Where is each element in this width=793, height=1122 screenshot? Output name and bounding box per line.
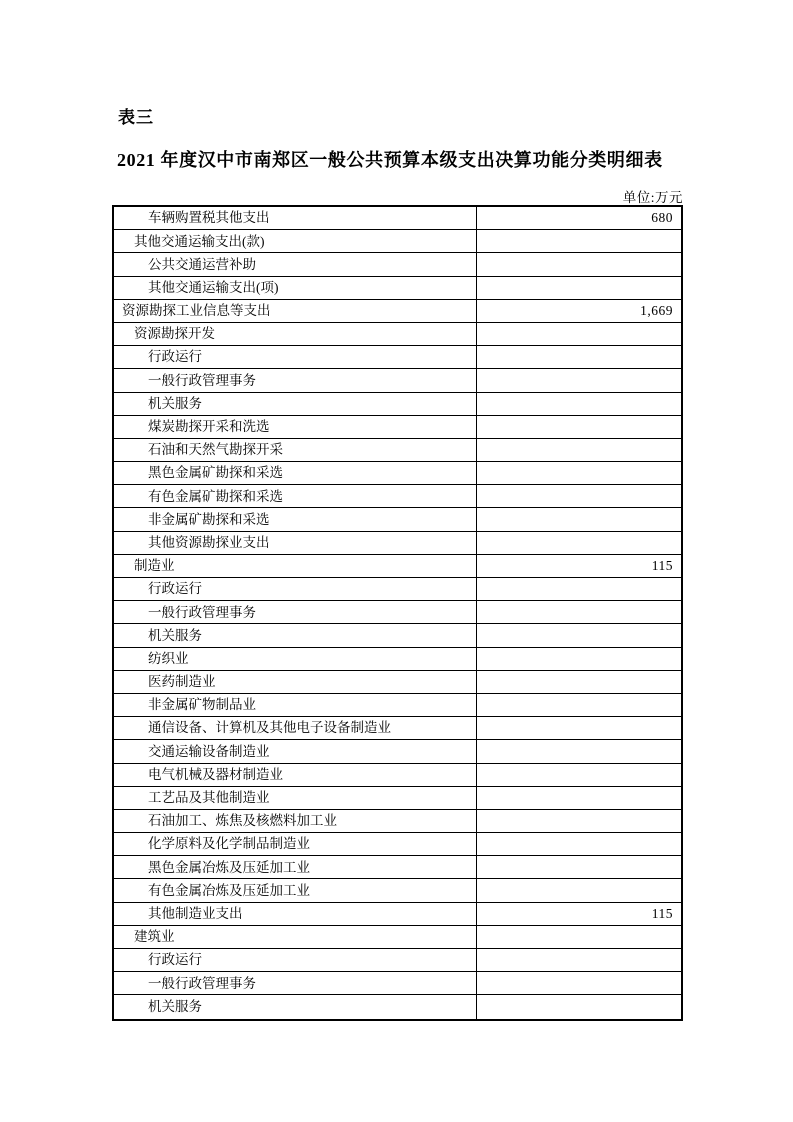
row-label: 公共交通运营补助 xyxy=(114,253,477,275)
row-label: 医药制造业 xyxy=(114,671,477,693)
table-row: 制造业115 xyxy=(114,555,681,578)
table-row: 工艺品及其他制造业 xyxy=(114,787,681,810)
table-row: 其他制造业支出115 xyxy=(114,903,681,926)
row-label: 电气机械及器材制造业 xyxy=(114,764,477,786)
row-label: 煤炭勘探开采和洗选 xyxy=(114,416,477,438)
row-label: 黑色金属矿勘探和采选 xyxy=(114,462,477,484)
table-row: 其他资源勘探业支出 xyxy=(114,532,681,555)
row-label: 机关服务 xyxy=(114,624,477,646)
table-row: 化学原料及化学制品制造业 xyxy=(114,833,681,856)
row-value: 115 xyxy=(477,903,681,925)
row-value xyxy=(477,601,681,623)
table-row: 公共交通运营补助 xyxy=(114,253,681,276)
table-row: 非金属矿物制品业 xyxy=(114,694,681,717)
table-row: 非金属矿勘探和采选 xyxy=(114,508,681,531)
row-value xyxy=(477,972,681,994)
row-label: 行政运行 xyxy=(114,346,477,368)
row-label: 通信设备、计算机及其他电子设备制造业 xyxy=(114,717,477,739)
unit-note: 单位:万元 xyxy=(623,186,683,206)
row-label: 机关服务 xyxy=(114,393,477,415)
page-title: 2021 年度汉中市南郑区一般公共预算本级支出决算功能分类明细表 xyxy=(117,146,687,172)
row-value xyxy=(477,856,681,878)
row-label: 资源勘探开发 xyxy=(114,323,477,345)
table-row: 有色金属矿勘探和采选 xyxy=(114,485,681,508)
row-value xyxy=(477,277,681,299)
row-value xyxy=(477,949,681,971)
row-value xyxy=(477,624,681,646)
row-label: 一般行政管理事务 xyxy=(114,369,477,391)
table-row: 通信设备、计算机及其他电子设备制造业 xyxy=(114,717,681,740)
table-row: 一般行政管理事务 xyxy=(114,972,681,995)
table-number-label: 表三 xyxy=(118,103,154,128)
row-value xyxy=(477,764,681,786)
row-label: 车辆购置税其他支出 xyxy=(114,207,477,229)
row-label: 非金属矿物制品业 xyxy=(114,694,477,716)
table-row: 车辆购置税其他支出680 xyxy=(114,207,681,230)
row-label: 石油加工、炼焦及核燃料加工业 xyxy=(114,810,477,832)
table-row: 电气机械及器材制造业 xyxy=(114,764,681,787)
row-value xyxy=(477,346,681,368)
table-row: 机关服务 xyxy=(114,624,681,647)
table-row: 煤炭勘探开采和洗选 xyxy=(114,416,681,439)
row-label: 一般行政管理事务 xyxy=(114,601,477,623)
row-value xyxy=(477,740,681,762)
row-value xyxy=(477,439,681,461)
row-label: 行政运行 xyxy=(114,949,477,971)
row-label: 纺织业 xyxy=(114,648,477,670)
table-row: 资源勘探开发 xyxy=(114,323,681,346)
table-row: 其他交通运输支出(款) xyxy=(114,230,681,253)
row-value xyxy=(477,648,681,670)
table-row: 机关服务 xyxy=(114,393,681,416)
row-label: 有色金属冶炼及压延加工业 xyxy=(114,879,477,901)
row-value xyxy=(477,995,681,1018)
row-label: 有色金属矿勘探和采选 xyxy=(114,485,477,507)
row-label: 其他制造业支出 xyxy=(114,903,477,925)
budget-detail-table: 车辆购置税其他支出680其他交通运输支出(款)公共交通运营补助其他交通运输支出(… xyxy=(112,205,683,1021)
row-value xyxy=(477,485,681,507)
row-value xyxy=(477,833,681,855)
table-row: 其他交通运输支出(项) xyxy=(114,277,681,300)
row-label: 其他资源勘探业支出 xyxy=(114,532,477,554)
document-page: 表三 2021 年度汉中市南郑区一般公共预算本级支出决算功能分类明细表 单位:万… xyxy=(0,0,793,1122)
table-row: 纺织业 xyxy=(114,648,681,671)
row-label: 工艺品及其他制造业 xyxy=(114,787,477,809)
table-row: 建筑业 xyxy=(114,926,681,949)
table-row: 机关服务 xyxy=(114,995,681,1018)
row-label: 机关服务 xyxy=(114,995,477,1018)
row-label: 建筑业 xyxy=(114,926,477,948)
row-label: 行政运行 xyxy=(114,578,477,600)
table-row: 石油加工、炼焦及核燃料加工业 xyxy=(114,810,681,833)
table-row: 资源勘探工业信息等支出1,669 xyxy=(114,300,681,323)
row-value xyxy=(477,810,681,832)
table-row: 行政运行 xyxy=(114,346,681,369)
table-row: 医药制造业 xyxy=(114,671,681,694)
row-label: 石油和天然气勘探开采 xyxy=(114,439,477,461)
table-row: 黑色金属冶炼及压延加工业 xyxy=(114,856,681,879)
row-value xyxy=(477,879,681,901)
row-value xyxy=(477,393,681,415)
row-value xyxy=(477,253,681,275)
row-value xyxy=(477,230,681,252)
row-value xyxy=(477,717,681,739)
row-label: 一般行政管理事务 xyxy=(114,972,477,994)
row-value xyxy=(477,787,681,809)
row-value xyxy=(477,578,681,600)
row-value xyxy=(477,671,681,693)
row-label: 非金属矿勘探和采选 xyxy=(114,508,477,530)
row-value xyxy=(477,508,681,530)
row-value: 680 xyxy=(477,207,681,229)
table-row: 黑色金属矿勘探和采选 xyxy=(114,462,681,485)
row-label: 黑色金属冶炼及压延加工业 xyxy=(114,856,477,878)
table-row: 一般行政管理事务 xyxy=(114,601,681,624)
row-label: 其他交通运输支出(款) xyxy=(114,230,477,252)
table-row: 行政运行 xyxy=(114,578,681,601)
row-value xyxy=(477,694,681,716)
row-value xyxy=(477,462,681,484)
row-value: 1,669 xyxy=(477,300,681,322)
table-row: 一般行政管理事务 xyxy=(114,369,681,392)
row-label: 交通运输设备制造业 xyxy=(114,740,477,762)
row-label: 化学原料及化学制品制造业 xyxy=(114,833,477,855)
table-row: 石油和天然气勘探开采 xyxy=(114,439,681,462)
row-value xyxy=(477,926,681,948)
row-label: 其他交通运输支出(项) xyxy=(114,277,477,299)
row-value xyxy=(477,532,681,554)
table-row: 行政运行 xyxy=(114,949,681,972)
row-value xyxy=(477,416,681,438)
table-row: 交通运输设备制造业 xyxy=(114,740,681,763)
row-value: 115 xyxy=(477,555,681,577)
row-label: 资源勘探工业信息等支出 xyxy=(114,300,477,322)
row-label: 制造业 xyxy=(114,555,477,577)
row-value xyxy=(477,369,681,391)
table-row: 有色金属冶炼及压延加工业 xyxy=(114,879,681,902)
row-value xyxy=(477,323,681,345)
